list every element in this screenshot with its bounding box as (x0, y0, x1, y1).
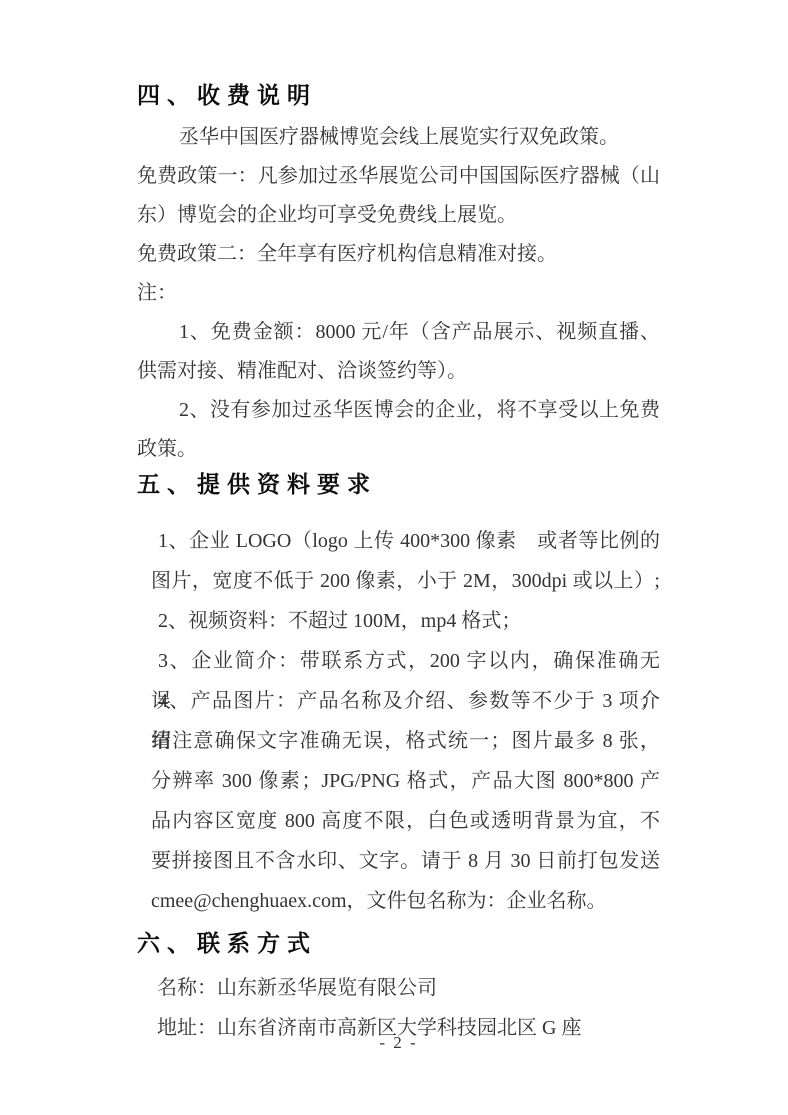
section-heading: 五、提供资料要求 (137, 469, 660, 499)
document-section: 六、联系方式名称：山东新丞华展览有限公司地址：山东省济南市高新区大学科技园北区 … (137, 928, 660, 1048)
text-line: cmee@chenghuaex.com，文件包名称为：企业名称。 (151, 881, 660, 921)
text-line: 4、产品图片：产品名称及介绍、参数等不少于 3 项介绍， (151, 681, 660, 721)
document-section: 四、收费说明丞华中国医疗器械博览会线上展览实行双免政策。免费政策一：凡参加过丞华… (137, 80, 660, 469)
text-line: 名称：山东新丞华展览有限公司 (157, 968, 660, 1008)
text-line: 注： (137, 274, 660, 313)
text-line: 1、企业 LOGO（logo 上传 400*300 像素 或者等比例的 (151, 521, 660, 561)
text-line: 请注意确保文字准确无误，格式统一；图片最多 8 张， (151, 721, 660, 761)
text-line: 图片，宽度不低于 200 像素，小于 2M，300dpi 或以上）; (151, 561, 660, 601)
text-line: 3、企业简介：带联系方式，200 字以内，确保准确无误； (151, 641, 660, 681)
document-body: 四、收费说明丞华中国医疗器械博览会线上展览实行双免政策。免费政策一：凡参加过丞华… (137, 80, 660, 1048)
text-line: 2、没有参加过丞华医博会的企业，将不享受以上免费 (137, 391, 660, 430)
section-heading: 四、收费说明 (137, 80, 660, 110)
document-page: 四、收费说明丞华中国医疗器械博览会线上展览实行双免政策。免费政策一：凡参加过丞华… (0, 0, 788, 1115)
text-line: 1、免费金额：8000 元/年（含产品展示、视频直播、 (137, 313, 660, 352)
text-line: 政策。 (137, 430, 660, 469)
text-line: 分辨率 300 像素；JPG/PNG 格式，产品大图 800*800 产 (151, 761, 660, 801)
text-line: 供需对接、精准配对、洽谈签约等）。 (137, 352, 660, 391)
text-line: 东）博览会的企业均可享受免费线上展览。 (137, 196, 660, 235)
section-lines: 丞华中国医疗器械博览会线上展览实行双免政策。免费政策一：凡参加过丞华展览公司中国… (137, 118, 660, 469)
text-line: 免费政策二：全年享有医疗机构信息精准对接。 (137, 235, 660, 274)
text-line: 丞华中国医疗器械博览会线上展览实行双免政策。 (137, 118, 660, 157)
section-heading: 六、联系方式 (137, 928, 660, 958)
text-line: 2、视频资料：不超过 100M，mp4 格式； (151, 601, 660, 641)
document-section: 五、提供资料要求1、企业 LOGO（logo 上传 400*300 像素 或者等… (137, 469, 660, 921)
text-line: 品内容区宽度 800 高度不限，白色或透明背景为宜，不 (151, 801, 660, 841)
section-lines: 1、企业 LOGO（logo 上传 400*300 像素 或者等比例的图片，宽度… (137, 521, 660, 921)
text-line: 要拼接图且不含水印、文字。请于 8 月 30 日前打包发送 (151, 841, 660, 881)
text-line: 免费政策一：凡参加过丞华展览公司中国国际医疗器械（山 (137, 157, 660, 196)
